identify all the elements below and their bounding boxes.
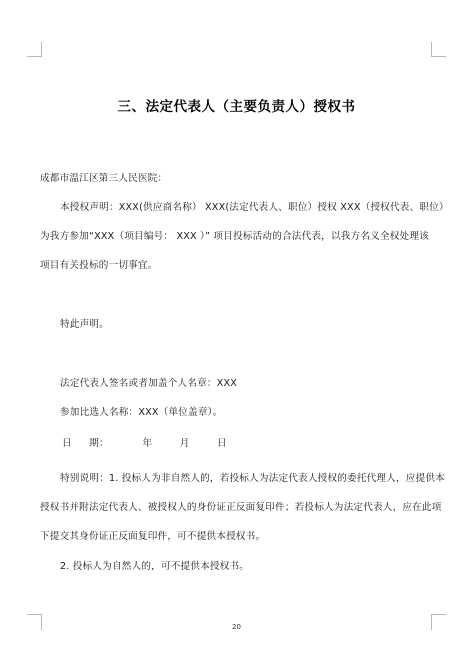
crop-mark-top-right [431,42,446,57]
special-note-line-1: 特别说明：1. 投标人为非自然人的，若投标人为法定代表人授权的委托代理人，应提供… [60,470,445,484]
special-note-line-4: 2. 投标人为自然人的，可不提供本授权书。 [60,558,249,572]
body-line-2: 为我方参加“XXX（项目编号： XXX ）” 项目投标活动的合法代表，以我方名义… [40,228,429,242]
declaration: 特此声明。 [60,316,109,330]
document-page: 三、法定代表人（主要负责人）授权书 成都市温江区第三人民医院： 本授权声明：XX… [0,0,473,648]
document-title: 三、法定代表人（主要负责人）授权书 [0,95,473,115]
body-line-3: 项目有关投标的一切事宜。 [40,257,158,271]
date-day: 日 [217,435,227,449]
special-note-line-2: 授权书并附法定代表人、被授权人的身份证正反面复印件；若投标人为法定代表人，应在此… [40,499,442,513]
crop-mark-top-left [27,42,42,57]
date-month: 月 [180,435,214,449]
bidder-name-line: 参加比选人名称：XXX（单位盖章）。 [60,404,222,418]
date-label-qi: 期： [89,435,139,449]
date-row: 日 期： 年 月 日 [62,435,227,449]
addressee: 成都市温江区第三人民医院： [40,170,167,184]
page-number: 20 [0,623,473,631]
body-line-1: 本授权声明：XXX(供应商名称） XXX(法定代表人、职位）授权 XXX（授权代… [60,199,449,213]
special-note-line-3: 下提交其身份证正反面复印件，可不提供本授权书。 [40,528,265,542]
date-label-ri: 日 [62,435,86,449]
signature-line: 法定代表人签名或者加盖个人名章：XXX [60,375,237,389]
date-year: 年 [143,435,177,449]
